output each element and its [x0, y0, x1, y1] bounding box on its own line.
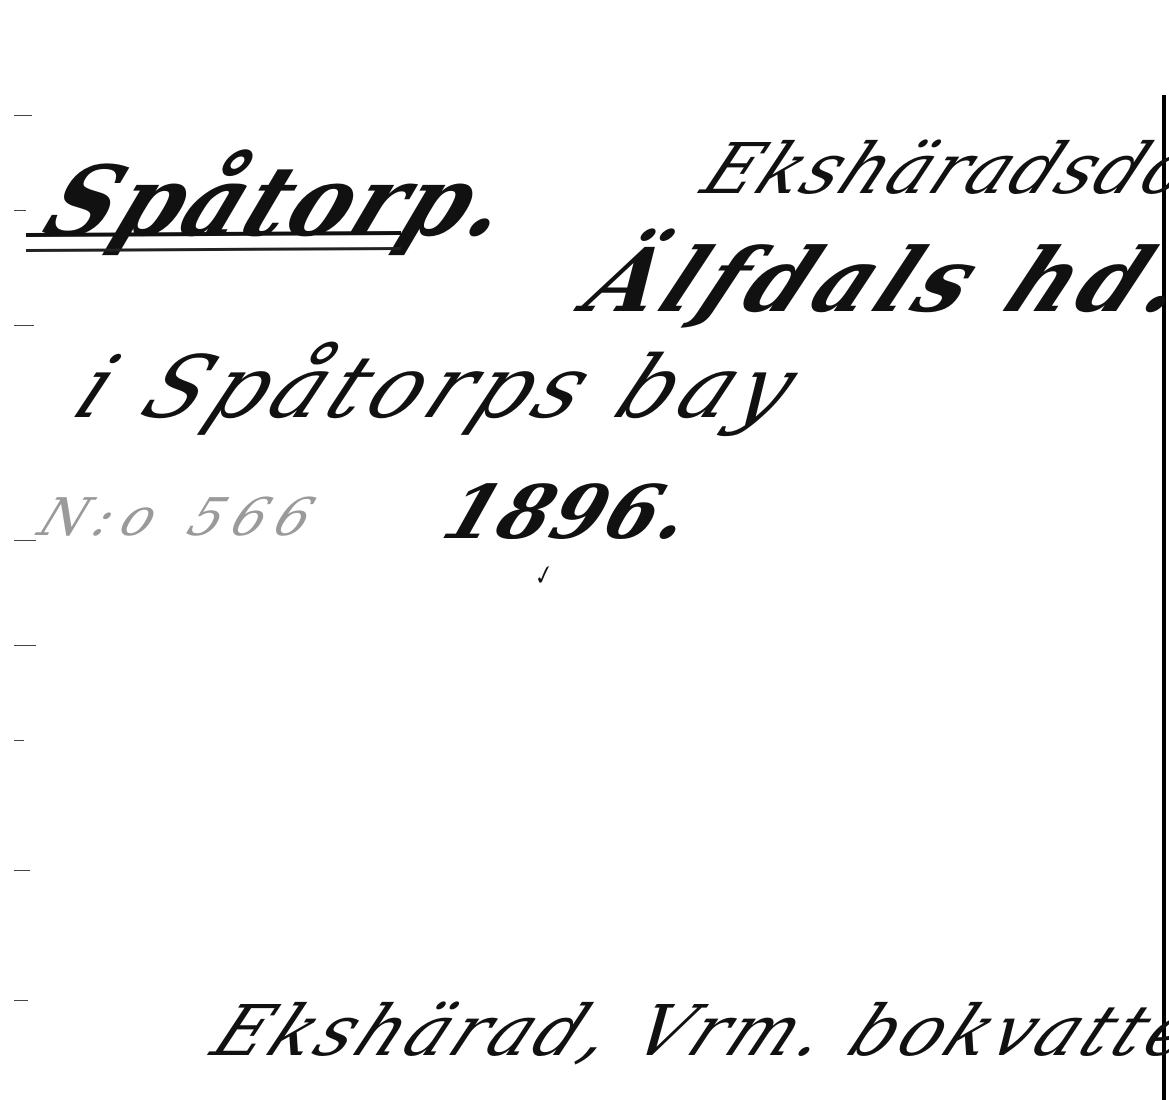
record-year: 1896.	[432, 470, 705, 556]
record-number: N:o 566	[30, 488, 333, 548]
footer-note: Ekshärad, Vrm. bokvatten.	[200, 990, 1169, 1072]
margin-tick	[14, 645, 36, 646]
margin-tick	[14, 1000, 28, 1001]
index-card: Spåtorp. Ekshäradsdom. Älfdals hd. Vrm. …	[0, 0, 1169, 1100]
check-mark: ✓	[528, 559, 556, 592]
place-name-heading: Spåtorp.	[30, 145, 531, 258]
village-line: i Spåtorps bay	[60, 338, 820, 438]
margin-tick	[14, 115, 32, 116]
margin-tick	[14, 210, 26, 211]
margin-tick	[14, 325, 34, 326]
margin-tick	[14, 740, 24, 741]
margin-tick	[14, 870, 30, 871]
parish-name: Ekshäradsdom.	[690, 128, 1169, 210]
hundred-county: Älfdals hd. Vrm.	[570, 228, 1169, 332]
